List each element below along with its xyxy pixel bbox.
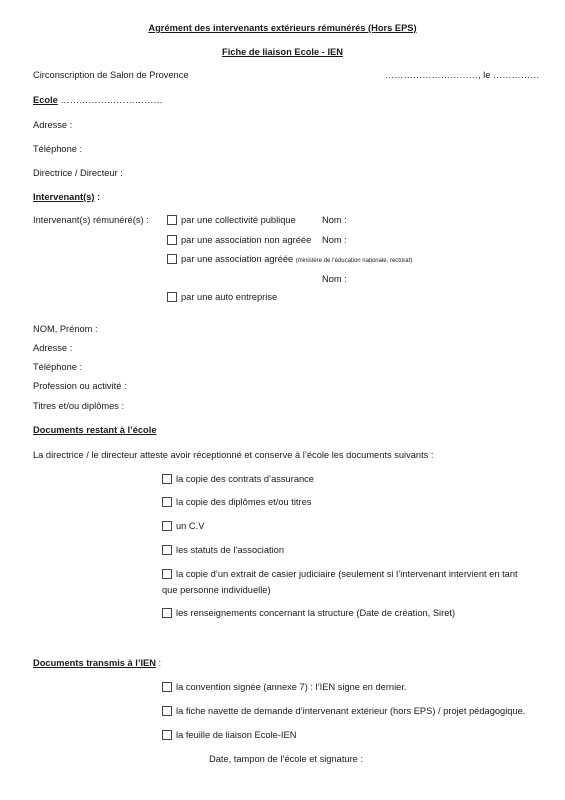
checkbox-fiche-navette[interactable] xyxy=(162,706,172,716)
signature-label: Date, tampon de l’école et signature : xyxy=(209,753,363,765)
option-non-agreee-nom[interactable]: Nom : xyxy=(322,234,347,246)
doc-renseignements-label: les renseignements concernant la structu… xyxy=(176,607,455,619)
checkbox-statuts[interactable] xyxy=(162,545,172,555)
checkbox-casier[interactable] xyxy=(162,569,172,579)
checkbox-renseignements[interactable] xyxy=(162,608,172,618)
circonscription-label: Circonscription de Salon de Provence xyxy=(33,69,189,81)
ien-feuille-liaison-label: la feuille de liaison Ecole-IEN xyxy=(176,729,296,741)
ecole-heading-row: Ecole …………………………… xyxy=(33,94,163,106)
doc-diplomes-label: la copie des diplômes et/ou titres xyxy=(176,496,311,508)
intervenant-name-field[interactable]: NOM, Prénom : xyxy=(33,323,98,335)
option-agreee-label: par une association agréée xyxy=(181,254,293,264)
doc-casier-continuation: que personne individuelle) xyxy=(162,584,271,596)
option-non-agreee-label: par une association non agréée xyxy=(181,234,311,246)
remunere-label: Intervenant(s) rémunéré(s) : xyxy=(33,214,149,226)
ecole-phone-field[interactable]: Téléphone : xyxy=(33,143,82,155)
ien-convention-label: la convention signée (annexe 7) : l’IEN … xyxy=(176,681,407,693)
intervenant-phone-field[interactable]: Téléphone : xyxy=(33,361,82,373)
option-collectivite-label: par une collectivité publique xyxy=(181,214,296,226)
intervenants-heading-row: Intervenant(s) : xyxy=(33,191,100,203)
checkbox-assurance[interactable] xyxy=(162,474,172,484)
documents-ecole-intro: La directrice / le directeur atteste avo… xyxy=(33,449,434,461)
checkbox-diplomes[interactable] xyxy=(162,497,172,507)
intervenant-diplomes-field[interactable]: Titres et/ou diplômes : xyxy=(33,400,124,412)
checkbox-cv[interactable] xyxy=(162,521,172,531)
intervenant-profession-field[interactable]: Profession ou activité : xyxy=(33,380,127,392)
intervenant-address-field[interactable]: Adresse : xyxy=(33,342,72,354)
option-agreee-note: (ministère de l'éducation nationale, rec… xyxy=(296,258,413,264)
document-title: Agrément des intervenants extérieurs rém… xyxy=(0,22,565,34)
doc-statuts-label: les statuts de l’association xyxy=(176,544,284,556)
ecole-address-field[interactable]: Adresse : xyxy=(33,119,72,131)
checkbox-auto-entreprise[interactable] xyxy=(167,292,177,302)
ecole-director-field[interactable]: Directrice / Directeur : xyxy=(33,167,123,179)
option-agreee-row: par une association agréée (ministère de… xyxy=(181,253,412,267)
checkbox-feuille-liaison[interactable] xyxy=(162,730,172,740)
checkbox-association-agreee[interactable] xyxy=(167,254,177,264)
ecole-heading: Ecole xyxy=(33,95,58,105)
doc-cv-label: un C.V xyxy=(176,520,204,532)
intervenants-heading: Intervenant(s) xyxy=(33,192,94,202)
documents-ien-heading-row: Documents transmis à l’IEN : xyxy=(33,657,161,669)
document-subtitle: Fiche de liaison Ecole - IEN xyxy=(0,46,565,58)
checkbox-association-non-agreee[interactable] xyxy=(167,235,177,245)
documents-ecole-heading: Documents restant à l’école xyxy=(33,424,156,436)
ecole-name-field[interactable]: …………………………… xyxy=(58,95,163,105)
documents-ien-heading: Documents transmis à l’IEN xyxy=(33,658,156,668)
doc-assurance-label: la copie des contrats d’assurance xyxy=(176,473,314,485)
doc-casier-label: la copie d’un extrait de casier judiciai… xyxy=(176,568,518,580)
checkbox-collectivite[interactable] xyxy=(167,215,177,225)
date-place-field[interactable]: …………………………, le …………… xyxy=(385,69,539,81)
ien-fiche-navette-label: la fiche navette de demande d’intervenan… xyxy=(176,705,525,717)
option-auto-entreprise-label: par une auto entreprise xyxy=(181,291,277,303)
checkbox-convention[interactable] xyxy=(162,682,172,692)
option-agreee-nom[interactable]: Nom : xyxy=(322,273,347,285)
option-collectivite-nom[interactable]: Nom : xyxy=(322,214,347,226)
